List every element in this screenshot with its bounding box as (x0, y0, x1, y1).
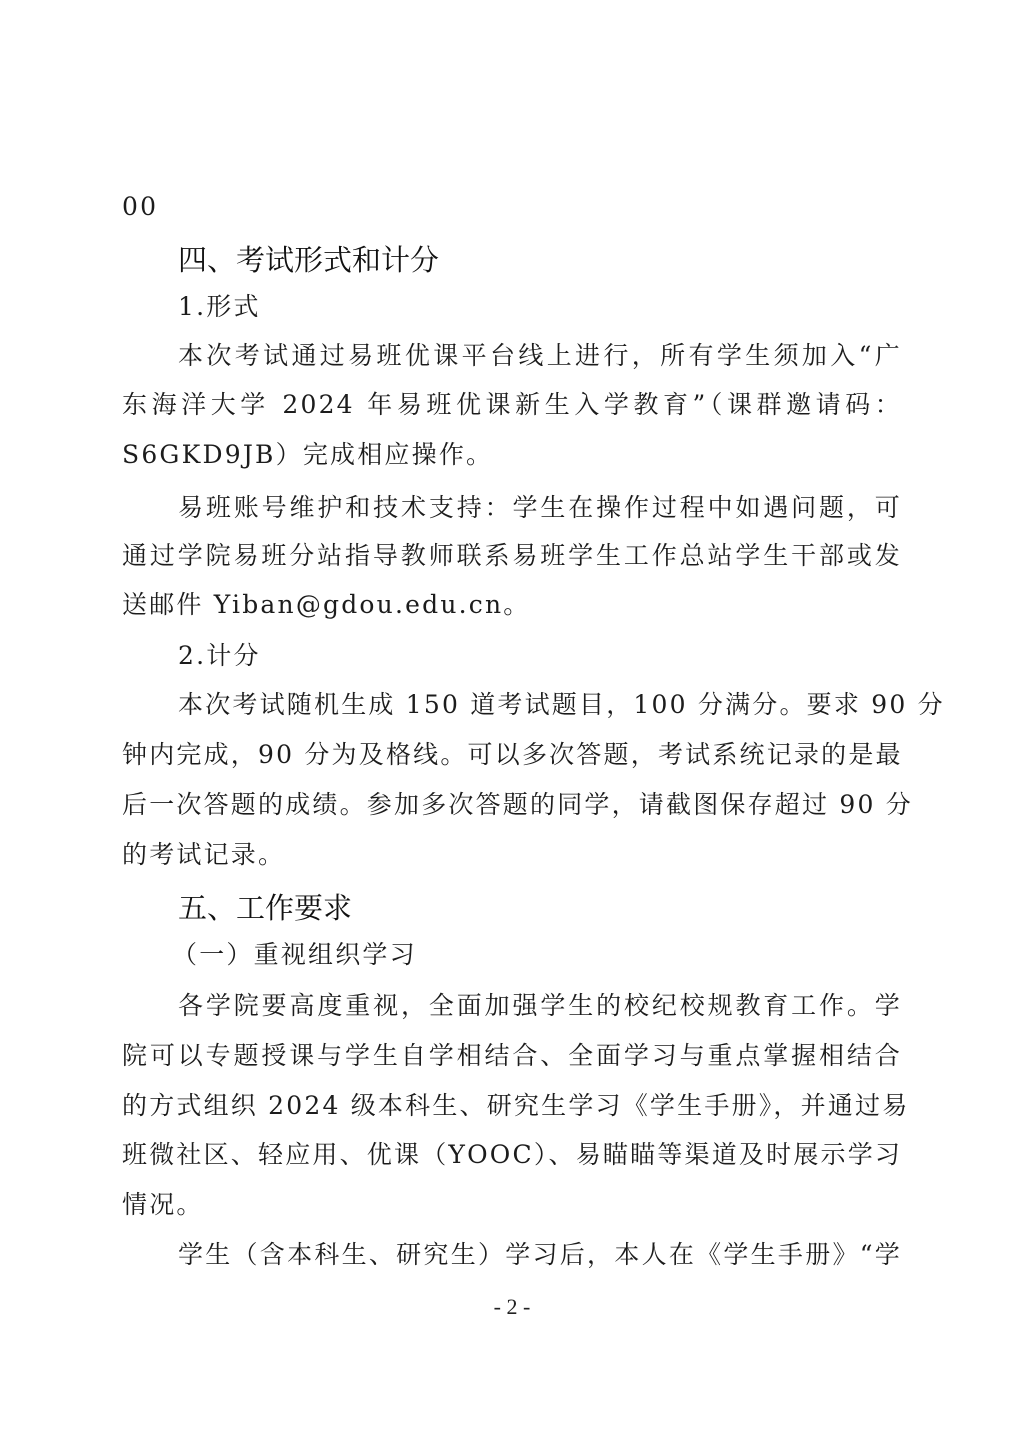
document-page: 00 四、考试形式和计分 1.形式 本次考试通过易班优课平台线上进行，所有学生须… (0, 0, 1024, 1448)
paragraph-line: 东海洋大学 2024 年易班优课新生入学教育”（课群邀请码： (122, 390, 902, 420)
paragraph-line: 后一次答题的成绩。参加多次答题的同学，请截图保存超过 90 分 (122, 790, 902, 820)
paragraph-line: S6GKD9JB）完成相应操作。 (122, 440, 902, 470)
continuation-text: 00 (122, 192, 902, 222)
section-heading-exam-format: 四、考试形式和计分 (178, 243, 439, 277)
paragraph-line: 钟内完成，90 分为及格线。可以多次答题，考试系统记录的是最 (122, 740, 902, 770)
section-heading-work-requirements: 五、工作要求 (178, 891, 352, 925)
paragraph-line: 本次考试随机生成 150 道考试题目，100 分满分。要求 90 分 (178, 690, 902, 720)
paragraph-line: 的考试记录。 (122, 840, 902, 870)
subsection-title-format: 1.形式 (178, 292, 902, 322)
paragraph-line: 情况。 (122, 1190, 902, 1220)
subsection-title-scoring: 2.计分 (178, 641, 902, 671)
paragraph-line: 本次考试通过易班优课平台线上进行，所有学生须加入“广 (178, 341, 902, 371)
paragraph-line: 的方式组织 2024 级本科生、研究生学习《学生手册》，并通过易 (122, 1091, 902, 1121)
paragraph-line: 学生（含本科生、研究生）学习后，本人在《学生手册》“学 (178, 1240, 902, 1270)
paragraph-line: 班微社区、轻应用、优课（YOOC）、易瞄瞄等渠道及时展示学习 (122, 1140, 902, 1170)
paragraph-line-email: 送邮件 Yiban@gdou.edu.cn。 (122, 590, 902, 620)
paragraph-line: 各学院要高度重视，全面加强学生的校纪校规教育工作。学 (178, 991, 902, 1021)
paragraph-line: 易班账号维护和技术支持：学生在操作过程中如遇问题，可 (178, 493, 902, 523)
paragraph-line: 院可以专题授课与学生自学相结合、全面学习与重点掌握相结合 (122, 1041, 902, 1071)
subsection-title-organize-study: （一）重视组织学习 (172, 940, 952, 970)
page-number: - 2 - (0, 1294, 1024, 1320)
paragraph-line: 通过学院易班分站指导教师联系易班学生工作总站学生干部或发 (122, 541, 902, 571)
